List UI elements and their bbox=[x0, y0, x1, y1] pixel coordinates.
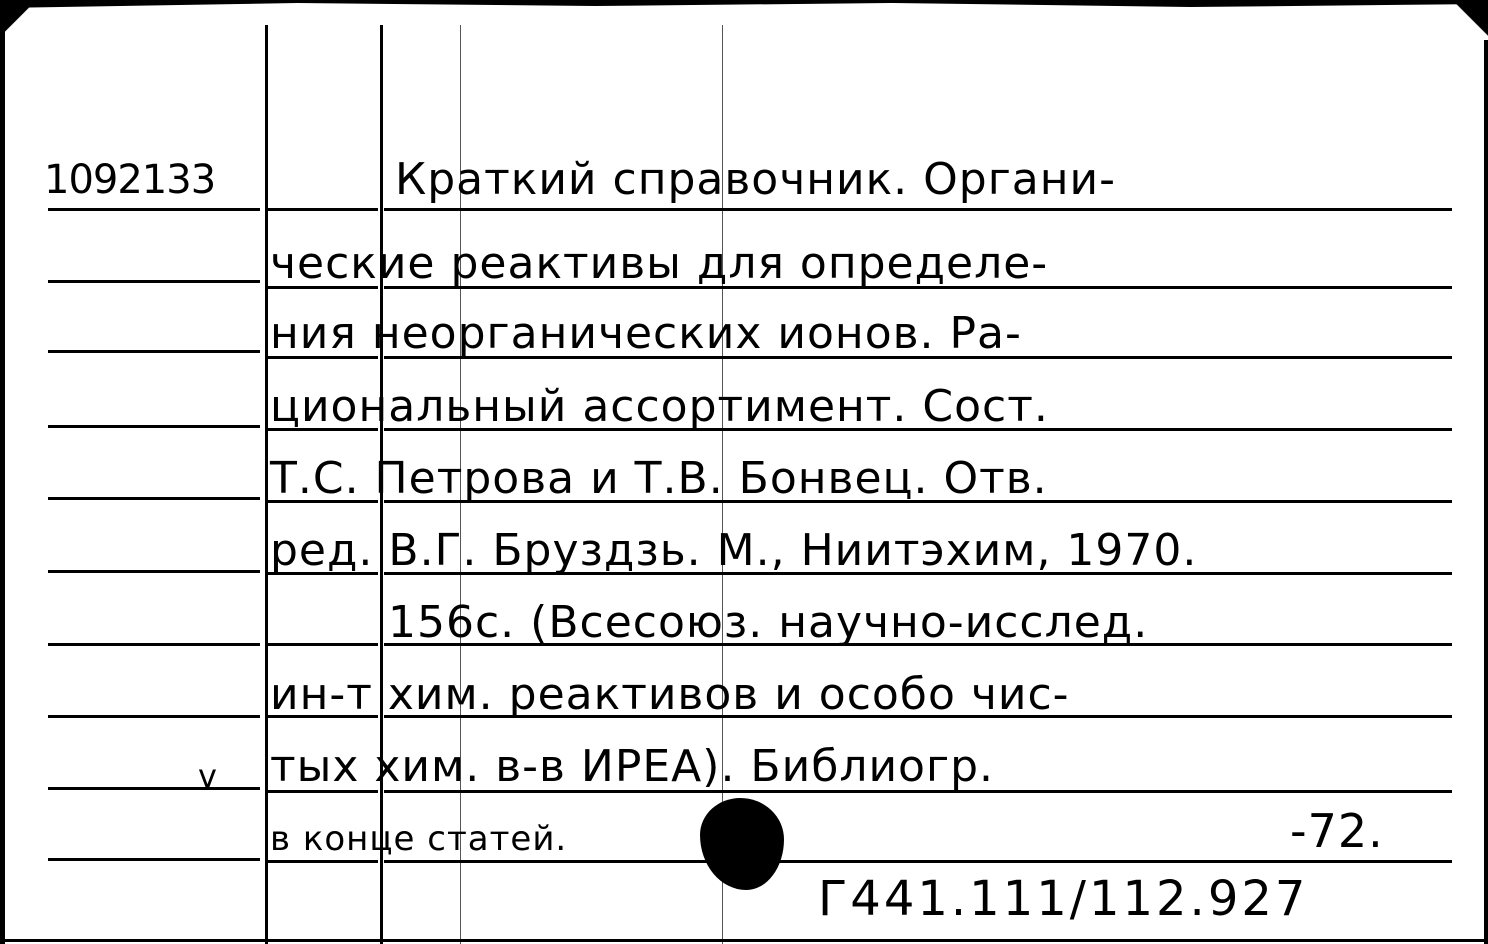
catalog-text-line: ческие реактивы для определе- bbox=[270, 242, 1048, 286]
rule-line bbox=[268, 208, 378, 211]
rule-line bbox=[268, 643, 378, 646]
rule-line bbox=[48, 280, 260, 283]
check-mark: v bbox=[198, 760, 218, 792]
accession-number: 1092133 bbox=[44, 160, 215, 200]
catalog-text-line: циональный ассортимент. Сост. bbox=[270, 385, 1049, 429]
rule-line bbox=[48, 425, 260, 428]
page-reference: -72. bbox=[1290, 808, 1384, 854]
scan-edge-right bbox=[1484, 40, 1488, 944]
column-rule-left bbox=[265, 25, 268, 944]
card-bottom-edge bbox=[0, 939, 1488, 942]
catalog-text-line: ния неорганических ионов. Ра- bbox=[270, 312, 1022, 356]
rule-line bbox=[48, 787, 260, 790]
catalog-text-line: ред. В.Г. Бруздзь. М., Ниитэхим, 1970. bbox=[270, 529, 1197, 573]
rule-line bbox=[48, 643, 260, 646]
rule-line bbox=[48, 208, 260, 211]
rule-line bbox=[268, 860, 378, 863]
rule-line bbox=[48, 497, 260, 500]
scan-corner-top-left bbox=[0, 0, 60, 60]
rule-line bbox=[48, 570, 260, 573]
catalog-text-line: Краткий справочник. Органи- bbox=[395, 158, 1116, 202]
scan-edge-left bbox=[0, 10, 5, 944]
rule-line bbox=[48, 858, 260, 861]
catalog-card: 1092133 Краткий справочник. Органи- ческ… bbox=[0, 0, 1488, 944]
rule-line bbox=[48, 350, 260, 353]
rule-line bbox=[384, 860, 1452, 863]
catalog-text-line: 156с. (Всесоюз. научно-исслед. bbox=[388, 601, 1148, 645]
rule-line bbox=[384, 208, 1452, 211]
catalog-text-line: Т.С. Петрова и Т.В. Бонвец. Отв. bbox=[270, 457, 1048, 501]
scan-edge-top bbox=[0, 0, 1488, 10]
rule-line bbox=[48, 715, 260, 718]
scan-corner-top-right bbox=[1418, 0, 1488, 70]
classification-mark: Г441.111/112.927 bbox=[818, 875, 1308, 923]
catalog-text-line: тых хим. в-в ИРЕА). Библиогр. bbox=[270, 745, 994, 789]
ink-blot bbox=[700, 798, 784, 890]
catalog-text-line: ин-т хим. реактивов и особо чис- bbox=[270, 673, 1070, 717]
catalog-text-line: в конце статей. bbox=[270, 822, 567, 856]
